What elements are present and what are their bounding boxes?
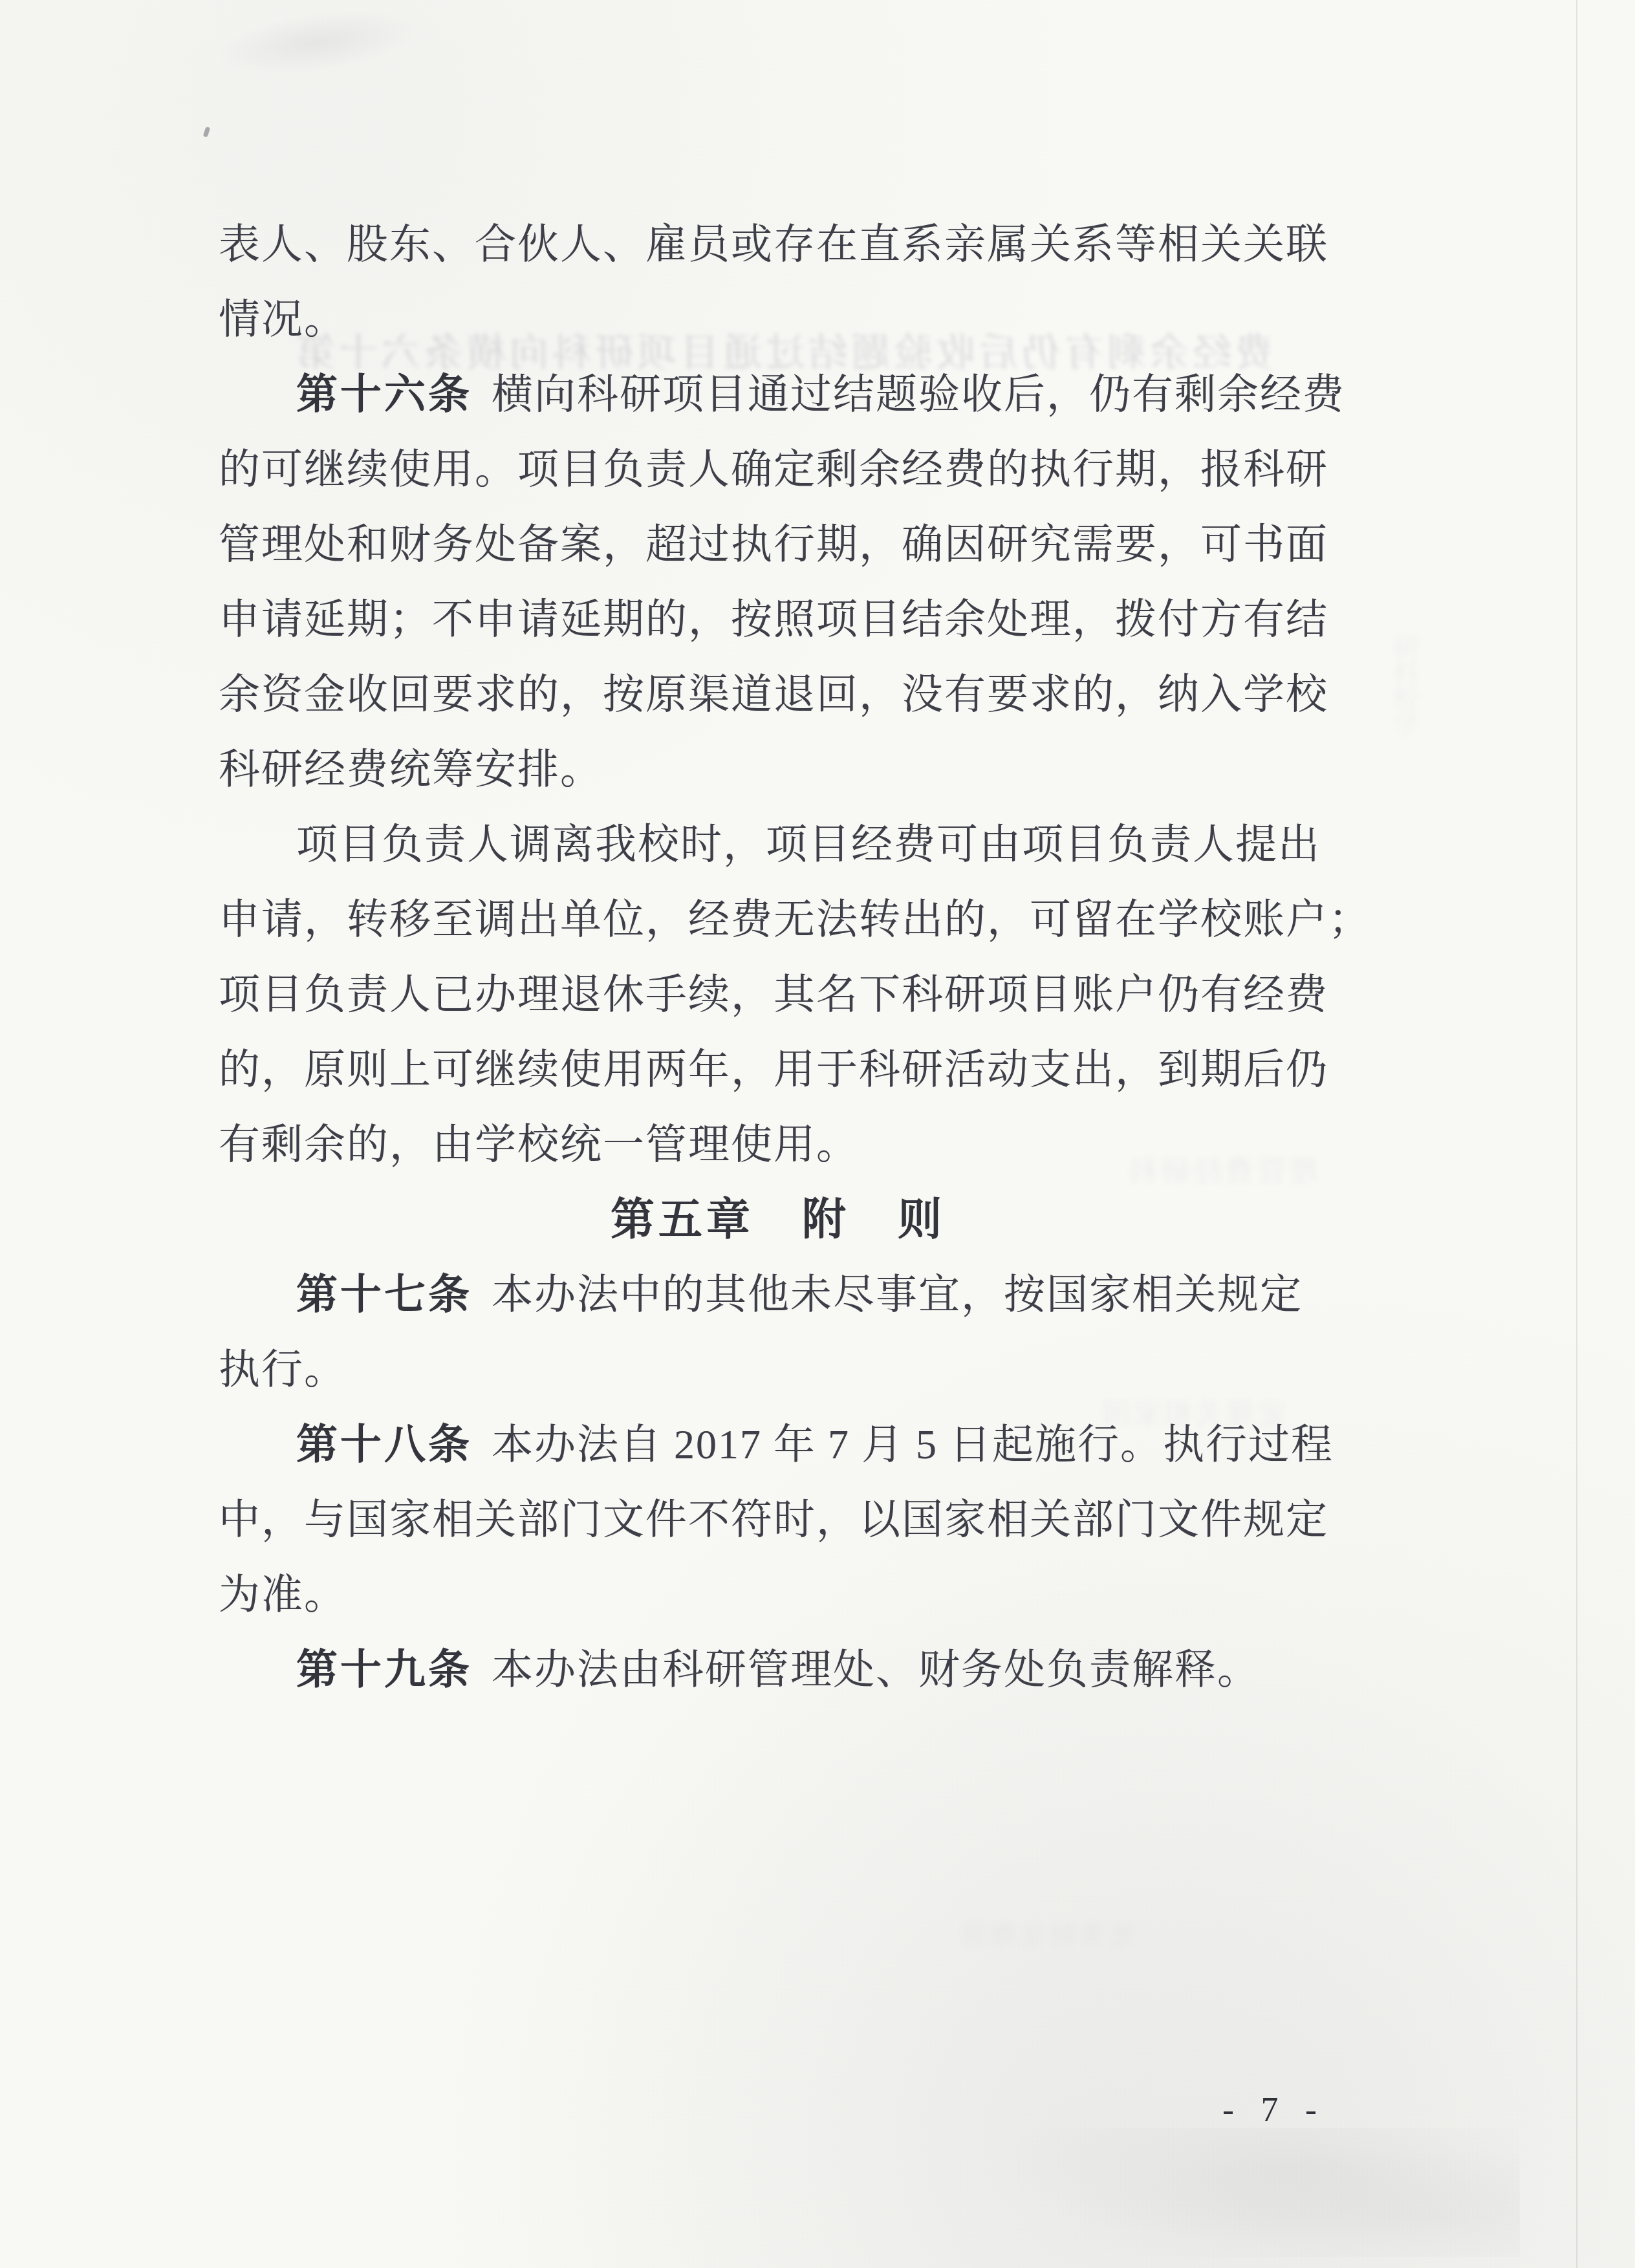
- document-body: 表人、股东、合伙人、雇员或存在直系亲属关系等相关关联 情况。 第十六条横向科研项…: [219, 207, 1337, 1707]
- line-text: 表人、股东、合伙人、雇员或存在直系亲属关系等相关关联: [219, 221, 1328, 267]
- text-line: 表人、股东、合伙人、雇员或存在直系亲属关系等相关关联: [219, 207, 1337, 282]
- article-number: 第十九条: [296, 1647, 472, 1692]
- line-text: 有剩余的，由学校统一管理使用。: [219, 1121, 859, 1167]
- text-line: 执行。: [219, 1332, 1337, 1407]
- text-line: 第十六条横向科研项目通过结题验收后，仍有剩余经费: [219, 357, 1337, 432]
- text-line: 中，与国家相关部门文件不符时，以国家相关部门文件规定: [219, 1482, 1337, 1557]
- article-number: 第十八条: [296, 1421, 472, 1467]
- text-line: 余资金收回要求的，按原渠道退回，没有要求的，纳入学校: [219, 657, 1337, 732]
- text-line: 项目负责人调离我校时，项目经费可由项目负责人提出: [219, 807, 1337, 882]
- line-text: 余资金收回要求的，按原渠道退回，没有要求的，纳入学校: [219, 671, 1328, 717]
- text-line: 第十九条本办法由科研管理处、财务处负责解释。: [219, 1632, 1337, 1707]
- line-text: 横向科研项目通过结题验收后，仍有剩余经费: [492, 371, 1345, 417]
- line-text: 管理处和财务处备案，超过执行期，确因研究需要，可书面: [219, 521, 1328, 567]
- text-line: 项目负责人已办理退休手续，其名下科研项目账户仍有经费: [219, 957, 1337, 1032]
- text-line: 科研经费统筹安排。: [219, 732, 1337, 807]
- line-text: 执行。: [219, 1346, 347, 1392]
- text-line: 申请，转移至调出单位，经费无法转出的，可留在学校账户；: [219, 882, 1337, 957]
- ink-speck: [203, 126, 211, 137]
- line-text: 情况。: [219, 296, 347, 342]
- scanned-document-page: 费经余剩有仍后收验题结过通目项研科向横条六十第 理管费经研科 定规关相家国 处务…: [0, 0, 1635, 2268]
- page-number: - 7 -: [1216, 2090, 1332, 2129]
- text-line: 第五章 附 则: [219, 1182, 1337, 1257]
- text-line: 第十八条本办法自 2017 年 7 月 5 日起施行。执行过程: [219, 1407, 1337, 1482]
- line-text: 项目负责人调离我校时，项目经费可由项目负责人提出: [296, 821, 1321, 867]
- line-text: 本办法自 2017 年 7 月 5 日起施行。执行过程: [492, 1421, 1334, 1467]
- scan-noise: [938, 2128, 1520, 2257]
- text-line: 第十七条本办法中的其他未尽事宜，按国家相关规定: [219, 1257, 1337, 1332]
- text-line: 的，原则上可继续使用两年，用于科研活动支出，到期后仍: [219, 1032, 1337, 1107]
- scan-smudge: [210, 0, 423, 85]
- line-text: 本办法中的其他未尽事宜，按国家相关规定: [492, 1271, 1303, 1317]
- line-text: 科研经费统筹安排。: [219, 746, 603, 792]
- line-text: 中，与国家相关部门文件不符时，以国家相关部门文件规定: [219, 1496, 1328, 1542]
- line-text: 第五章 附 则: [611, 1195, 946, 1244]
- line-text: 的可继续使用。项目负责人确定剩余经费的执行期，报科研: [219, 446, 1328, 492]
- text-line: 为准。: [219, 1557, 1337, 1632]
- bleed-artifact: 处务财处理管: [957, 1914, 1136, 1953]
- line-text: 为准。: [219, 1571, 347, 1617]
- text-line: 管理处和财务处备案，超过执行期，确因研究需要，可书面: [219, 507, 1337, 582]
- text-line: 有剩余的，由学校统一管理使用。: [219, 1107, 1337, 1182]
- text-line: 情况。: [219, 282, 1337, 357]
- line-text: 本办法由科研管理处、财务处负责解释。: [492, 1647, 1260, 1692]
- text-line: 申请延期；不申请延期的，按照项目结余处理，拨付方有结: [219, 582, 1337, 657]
- line-text: 的，原则上可继续使用两年，用于科研活动支出，到期后仍: [219, 1046, 1328, 1092]
- line-text: 项目负责人已办理退休手续，其名下科研项目账户仍有经费: [219, 971, 1328, 1017]
- text-line: 的可继续使用。项目负责人确定剩余经费的执行期，报科研: [219, 432, 1337, 507]
- scan-edge-line: [1576, 0, 1577, 2268]
- article-number: 第十六条: [296, 371, 472, 417]
- article-number: 第十七条: [296, 1271, 472, 1317]
- line-text: 申请延期；不申请延期的，按照项目结余处理，拨付方有结: [219, 596, 1328, 642]
- bleed-artifact: 研科校学: [1384, 634, 1423, 737]
- line-text: 申请，转移至调出单位，经费无法转出的，可留在学校账户；: [219, 896, 1371, 942]
